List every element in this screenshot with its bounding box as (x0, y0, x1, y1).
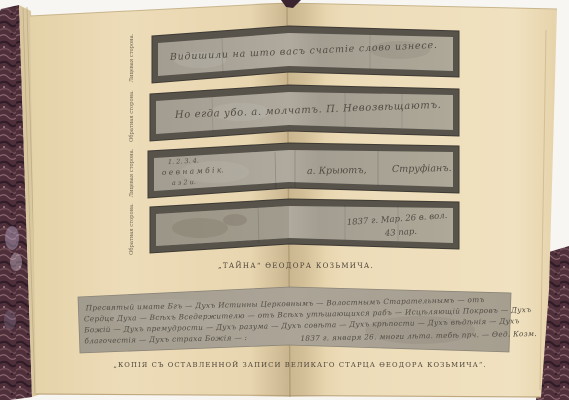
strip-3-handwriting-right-2: Струфіанъ. (392, 163, 452, 175)
side-label-2: Обратная сторона. (128, 90, 135, 142)
strip-3-cipher-numbers: 1. 2. 3. 4. (168, 157, 199, 166)
plate-caption: „ТАЙНА“ ѲЕОДОРА КОЗЬМИЧА. (218, 261, 374, 270)
side-label-3: Лицевая сторона. (129, 148, 135, 197)
strip-4-photo: 1837 г. Мар. 26 в. вол. 43 пар. (150, 199, 459, 253)
strip-3-cipher-letters-2: а з 2 и. (172, 178, 196, 187)
book-photograph: Видишили на што васъ счастіе слово изнес… (0, 0, 569, 400)
note-photo: Пресвятый имате Бгъ — Духъ Истинны Церко… (78, 287, 537, 353)
side-label-4: Обратная сторона. (128, 203, 135, 255)
note-caption: „КОПІЯ СЪ ОСТАВЛЕННОЙ ЗАПИСИ ВЕЛИКАГО СТ… (113, 360, 486, 369)
side-label-1: Лицевая сторона. (129, 33, 135, 82)
strip-3-handwriting-right-1: а. Крыютъ, (307, 165, 367, 177)
book-scene: Видишили на што васъ счастіе слово изнес… (0, 0, 569, 400)
